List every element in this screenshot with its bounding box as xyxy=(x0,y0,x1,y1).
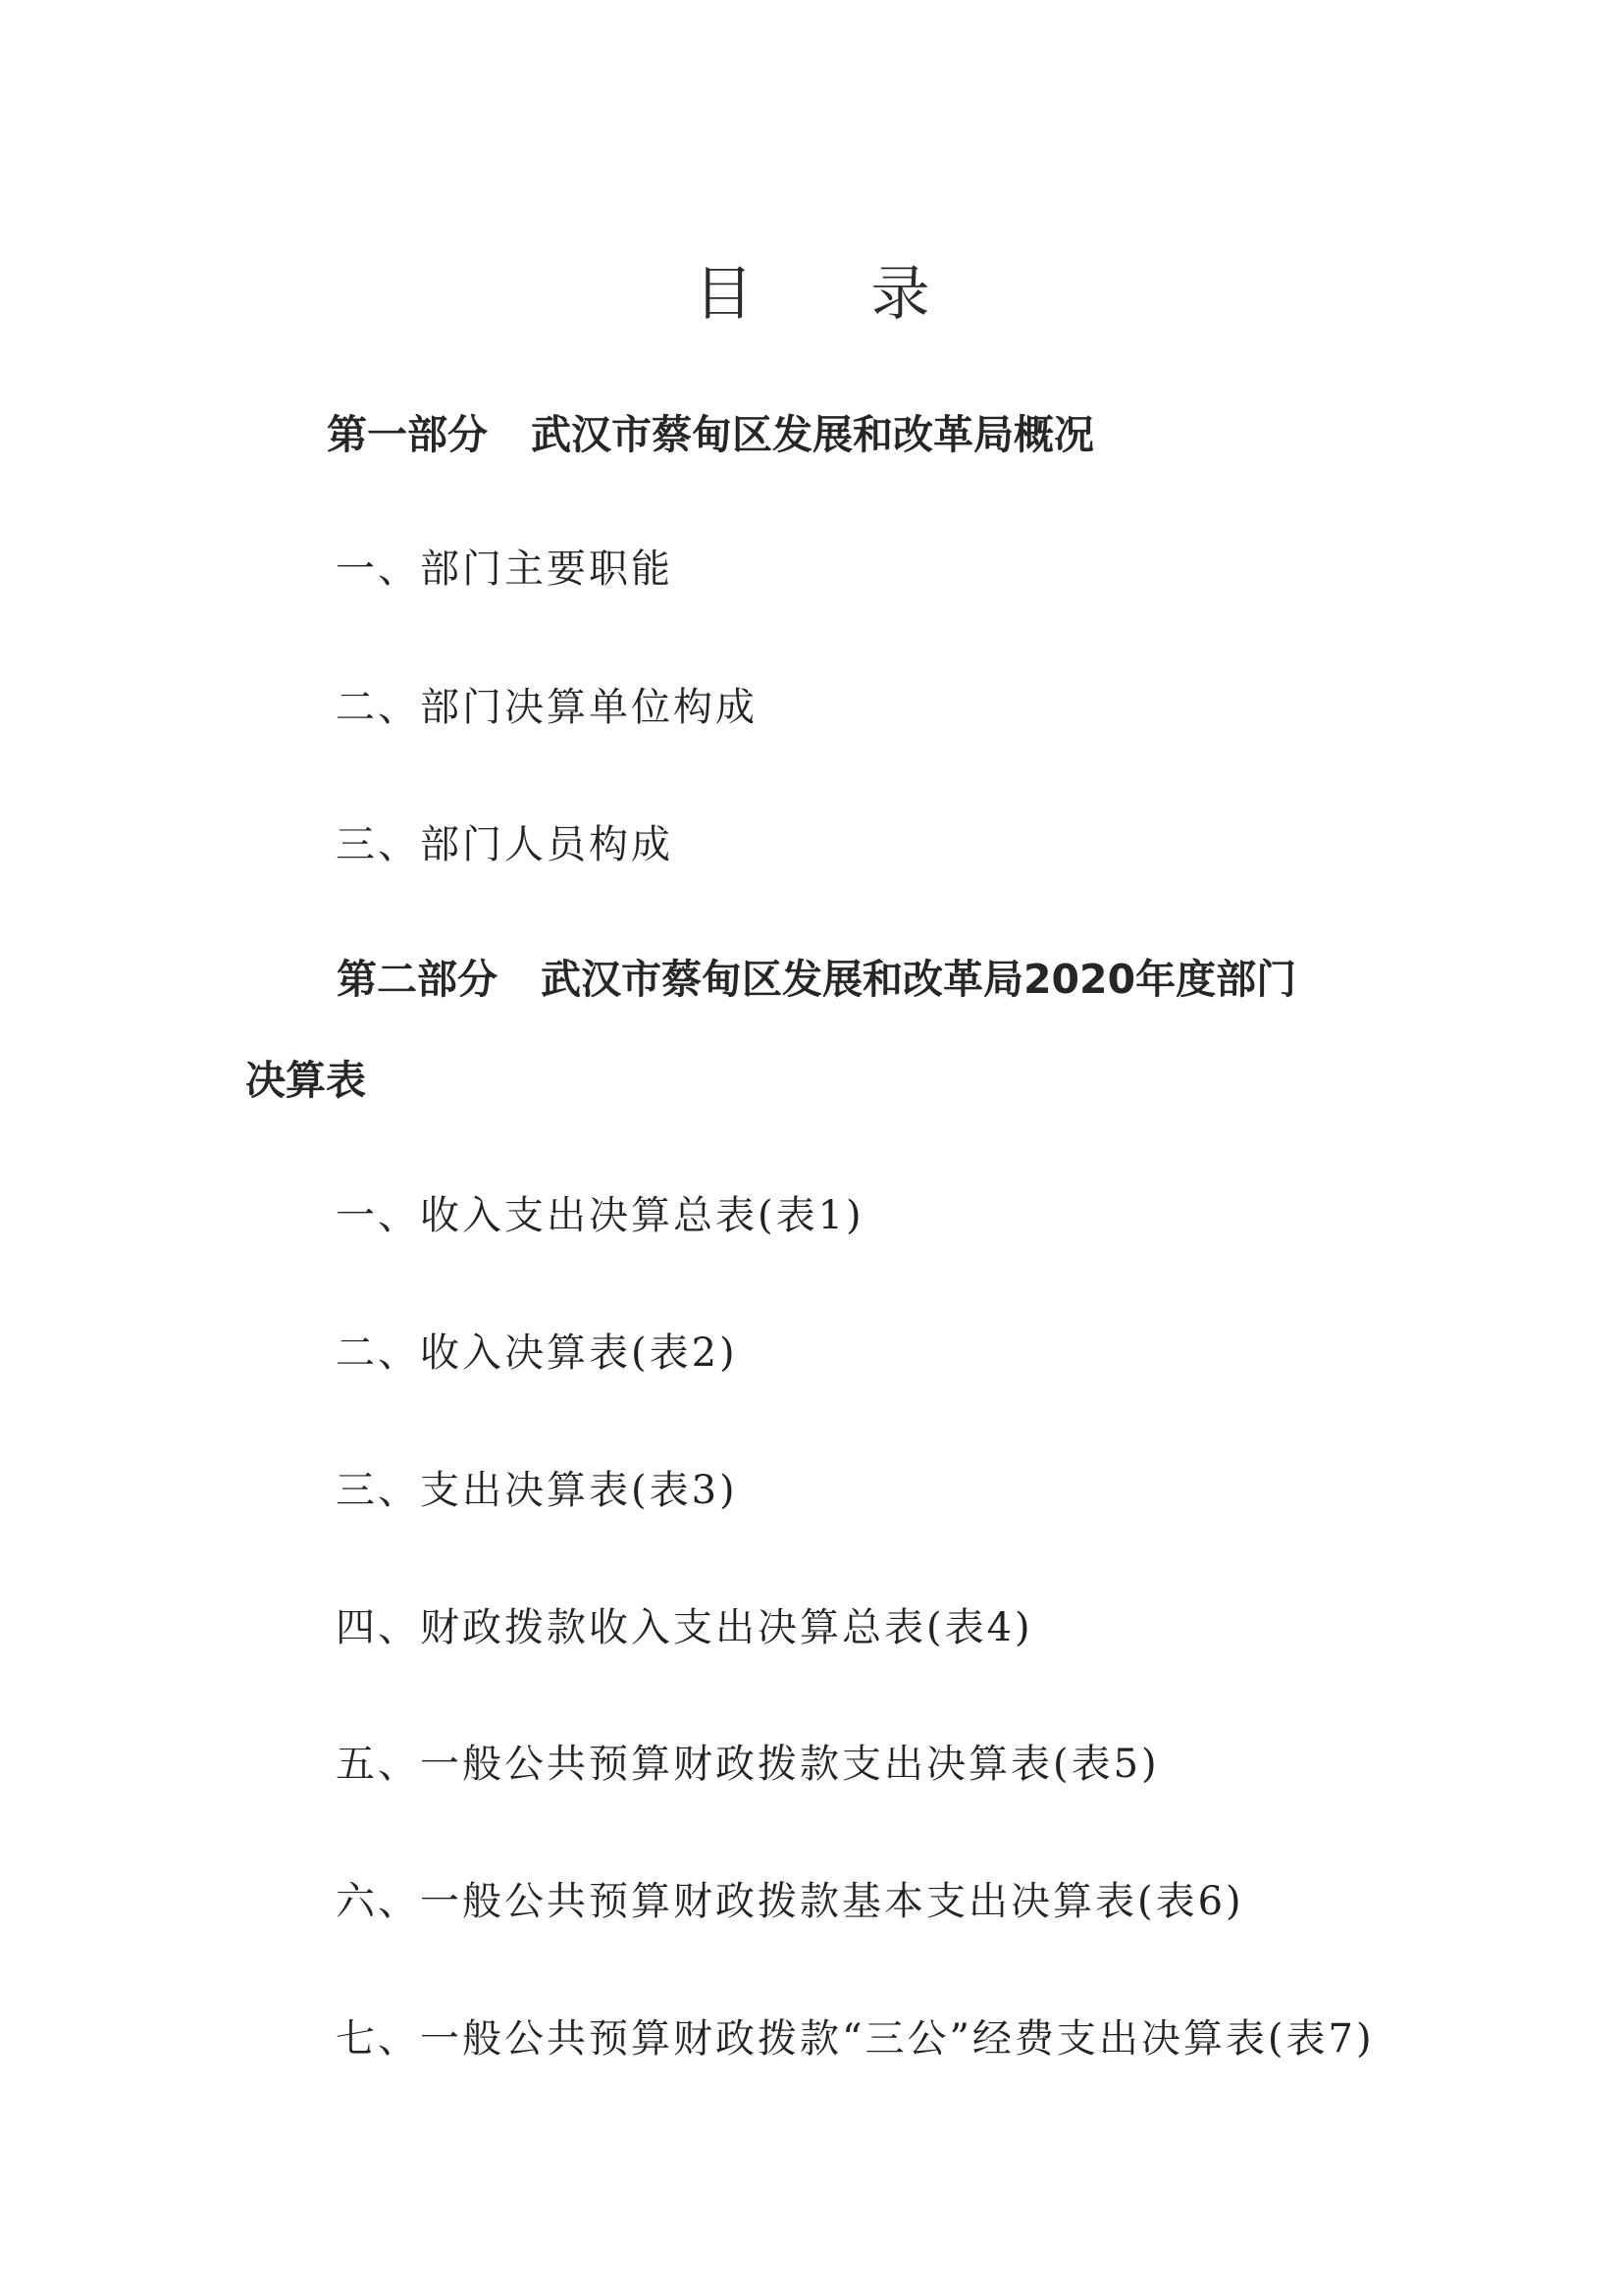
toc-entry: 三、支出决算表(表3) xyxy=(336,1468,738,1513)
toc-title: 目录 xyxy=(0,263,1624,326)
toc-entry: 一、部门主要职能 xyxy=(336,547,673,592)
part1-label: 第一部分 xyxy=(327,411,488,458)
toc-entry: 二、收入决算表(表2) xyxy=(336,1331,738,1376)
toc-entry: 七、一般公共预算财政拨款“三公”经费支出决算表(表7) xyxy=(336,2016,1375,2061)
toc-entry: 四、财政拨款收入支出决算总表(表4) xyxy=(336,1605,1033,1650)
toc-entry: 一、收入支出决算总表(表1) xyxy=(336,1193,864,1238)
toc-entry: 三、部门人员构成 xyxy=(336,822,673,867)
part1-title: 武汉市蔡甸区发展和改革局概况 xyxy=(531,411,1094,458)
toc-title-char-1: 目 xyxy=(695,263,754,326)
part2-heading-continuation: 决算表 xyxy=(245,1058,366,1103)
part1-heading: 第一部分武汉市蔡甸区发展和改革局概况 xyxy=(327,412,1094,457)
toc-entry: 六、一般公共预算财政拨款基本支出决算表(表6) xyxy=(336,1879,1244,1924)
part2-title-line1: 武汉市蔡甸区发展和改革局2020年度部门 xyxy=(541,956,1296,1003)
toc-title-char-2: 录 xyxy=(871,263,930,326)
toc-entry: 二、部门决算单位构成 xyxy=(336,685,758,730)
document-page: 目录 第一部分武汉市蔡甸区发展和改革局概况 一、部门主要职能 二、部门决算单位构… xyxy=(0,0,1624,2296)
part2-label: 第二部分 xyxy=(337,956,498,1003)
toc-entry: 五、一般公共预算财政拨款支出决算表(表5) xyxy=(336,1742,1160,1787)
part2-heading: 第二部分武汉市蔡甸区发展和改革局2020年度部门 xyxy=(337,957,1296,1002)
